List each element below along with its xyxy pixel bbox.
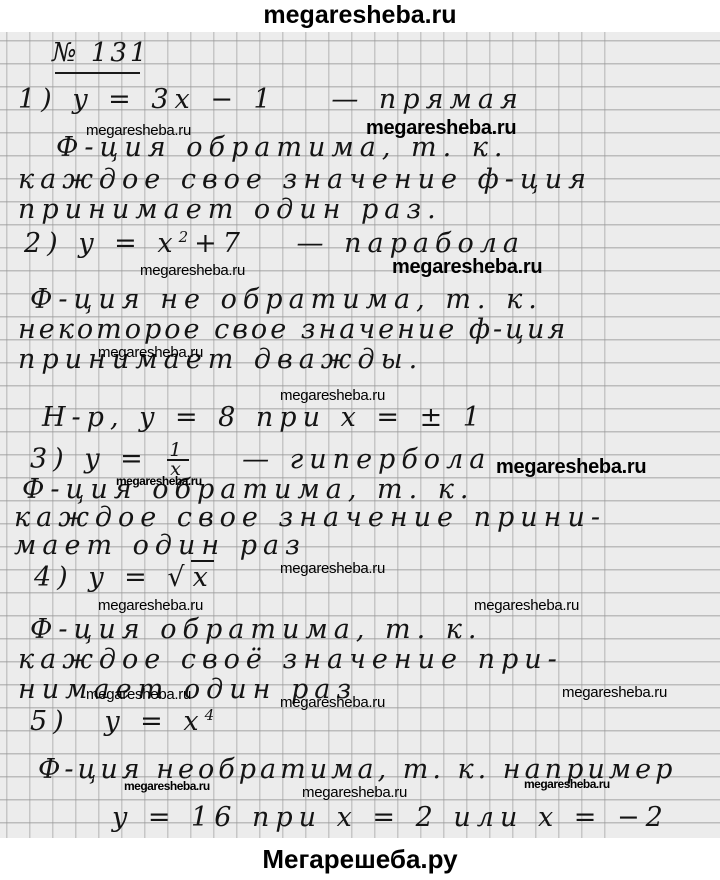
watermark: megaresheba.ru: [124, 779, 210, 793]
item-1-graph: — прямая: [331, 84, 524, 115]
item-3-fraction: 1 x: [167, 442, 189, 478]
watermark: megaresheba.ru: [98, 344, 203, 361]
watermark: megaresheba.ru: [280, 694, 385, 711]
item-5-label: 5): [30, 706, 70, 737]
item-2-formula-tail: +7: [194, 228, 246, 259]
watermark: megaresheba.ru: [392, 256, 542, 279]
problem-number: № 131: [52, 38, 150, 68]
item-5-formula-base: y = x: [104, 706, 204, 737]
item-3-heading: 3) y = 1 x — гипербола: [30, 442, 491, 478]
item-4-heading: 4) y = √x: [34, 562, 214, 593]
item-1-line-3: принимает один раз.: [18, 194, 442, 225]
item-4-label: 4): [34, 562, 74, 593]
item-3-label: 3): [30, 444, 70, 475]
watermark: megaresheba.ru: [280, 560, 385, 577]
item-1-heading: 1) y = 3x − 1 — прямая: [18, 84, 524, 115]
item-2-line-2: некоторое свое значение ф-ция: [18, 314, 568, 345]
notebook-margin: [621, 32, 720, 838]
watermark: megaresheba.ru: [140, 262, 245, 279]
item-4-formula-radicand: x: [191, 560, 214, 593]
item-2-heading: 2) y = x2+7 — парабола: [24, 228, 525, 259]
watermark: megaresheba.ru: [302, 784, 407, 801]
problem-number-underline: [55, 72, 140, 74]
item-5-heading: 5) y = x4: [30, 706, 220, 737]
item-5-formula-exp: 4: [205, 706, 221, 724]
watermark: megaresheba.ru: [474, 597, 579, 614]
item-4-line-2: каждое своё значение при-: [18, 644, 563, 675]
site-header: megaresheba.ru: [0, 0, 720, 32]
item-3-line-1: Ф-ция обратима, т. к.: [22, 474, 474, 505]
watermark: megaresheba.ru: [496, 456, 646, 479]
item-2-graph: — парабола: [297, 228, 525, 259]
watermark: megaresheba.ru: [98, 597, 203, 614]
item-1-line-2: каждое свое значение ф-ция: [18, 164, 592, 195]
watermark: megaresheba.ru: [366, 117, 516, 140]
watermark: megaresheba.ru: [280, 387, 385, 404]
item-3-graph: — гипербола: [242, 444, 491, 475]
item-1-formula: y = 3x − 1: [72, 84, 276, 115]
watermark: megaresheba.ru: [86, 686, 191, 703]
item-3-formula-prefix: y =: [84, 444, 148, 475]
site-footer: Мегарешеба.ру: [0, 838, 720, 880]
item-5-line-2: y = 16 при x = 2 или x = −2: [112, 802, 669, 833]
watermark: megaresheba.ru: [86, 122, 191, 139]
watermark: megaresheba.ru: [116, 474, 202, 488]
watermark: megaresheba.ru: [524, 777, 610, 791]
item-3-line-3: мает один раз: [14, 530, 306, 561]
item-2-formula-base: y = x: [78, 228, 178, 259]
item-2-label: 2): [24, 228, 64, 259]
item-2-line-3: принимает дважды.: [18, 344, 423, 375]
item-2-formula-exp: 2: [179, 228, 195, 246]
notebook-page: № 131 1) y = 3x − 1 — прямая Ф-ция обрат…: [0, 32, 720, 838]
watermark: megaresheba.ru: [562, 684, 667, 701]
item-4-line-1: Ф-ция обратима, т. к.: [30, 614, 482, 645]
item-3-line-2: каждое свое значение прини-: [14, 502, 606, 533]
item-1-label: 1): [18, 84, 58, 115]
item-4-formula-prefix: y = √: [88, 562, 190, 593]
item-2-line-1: Ф-ция не обратима, т. к.: [30, 284, 543, 315]
item-2-line-4: Н-р, y = 8 при x = ± 1: [42, 402, 486, 433]
